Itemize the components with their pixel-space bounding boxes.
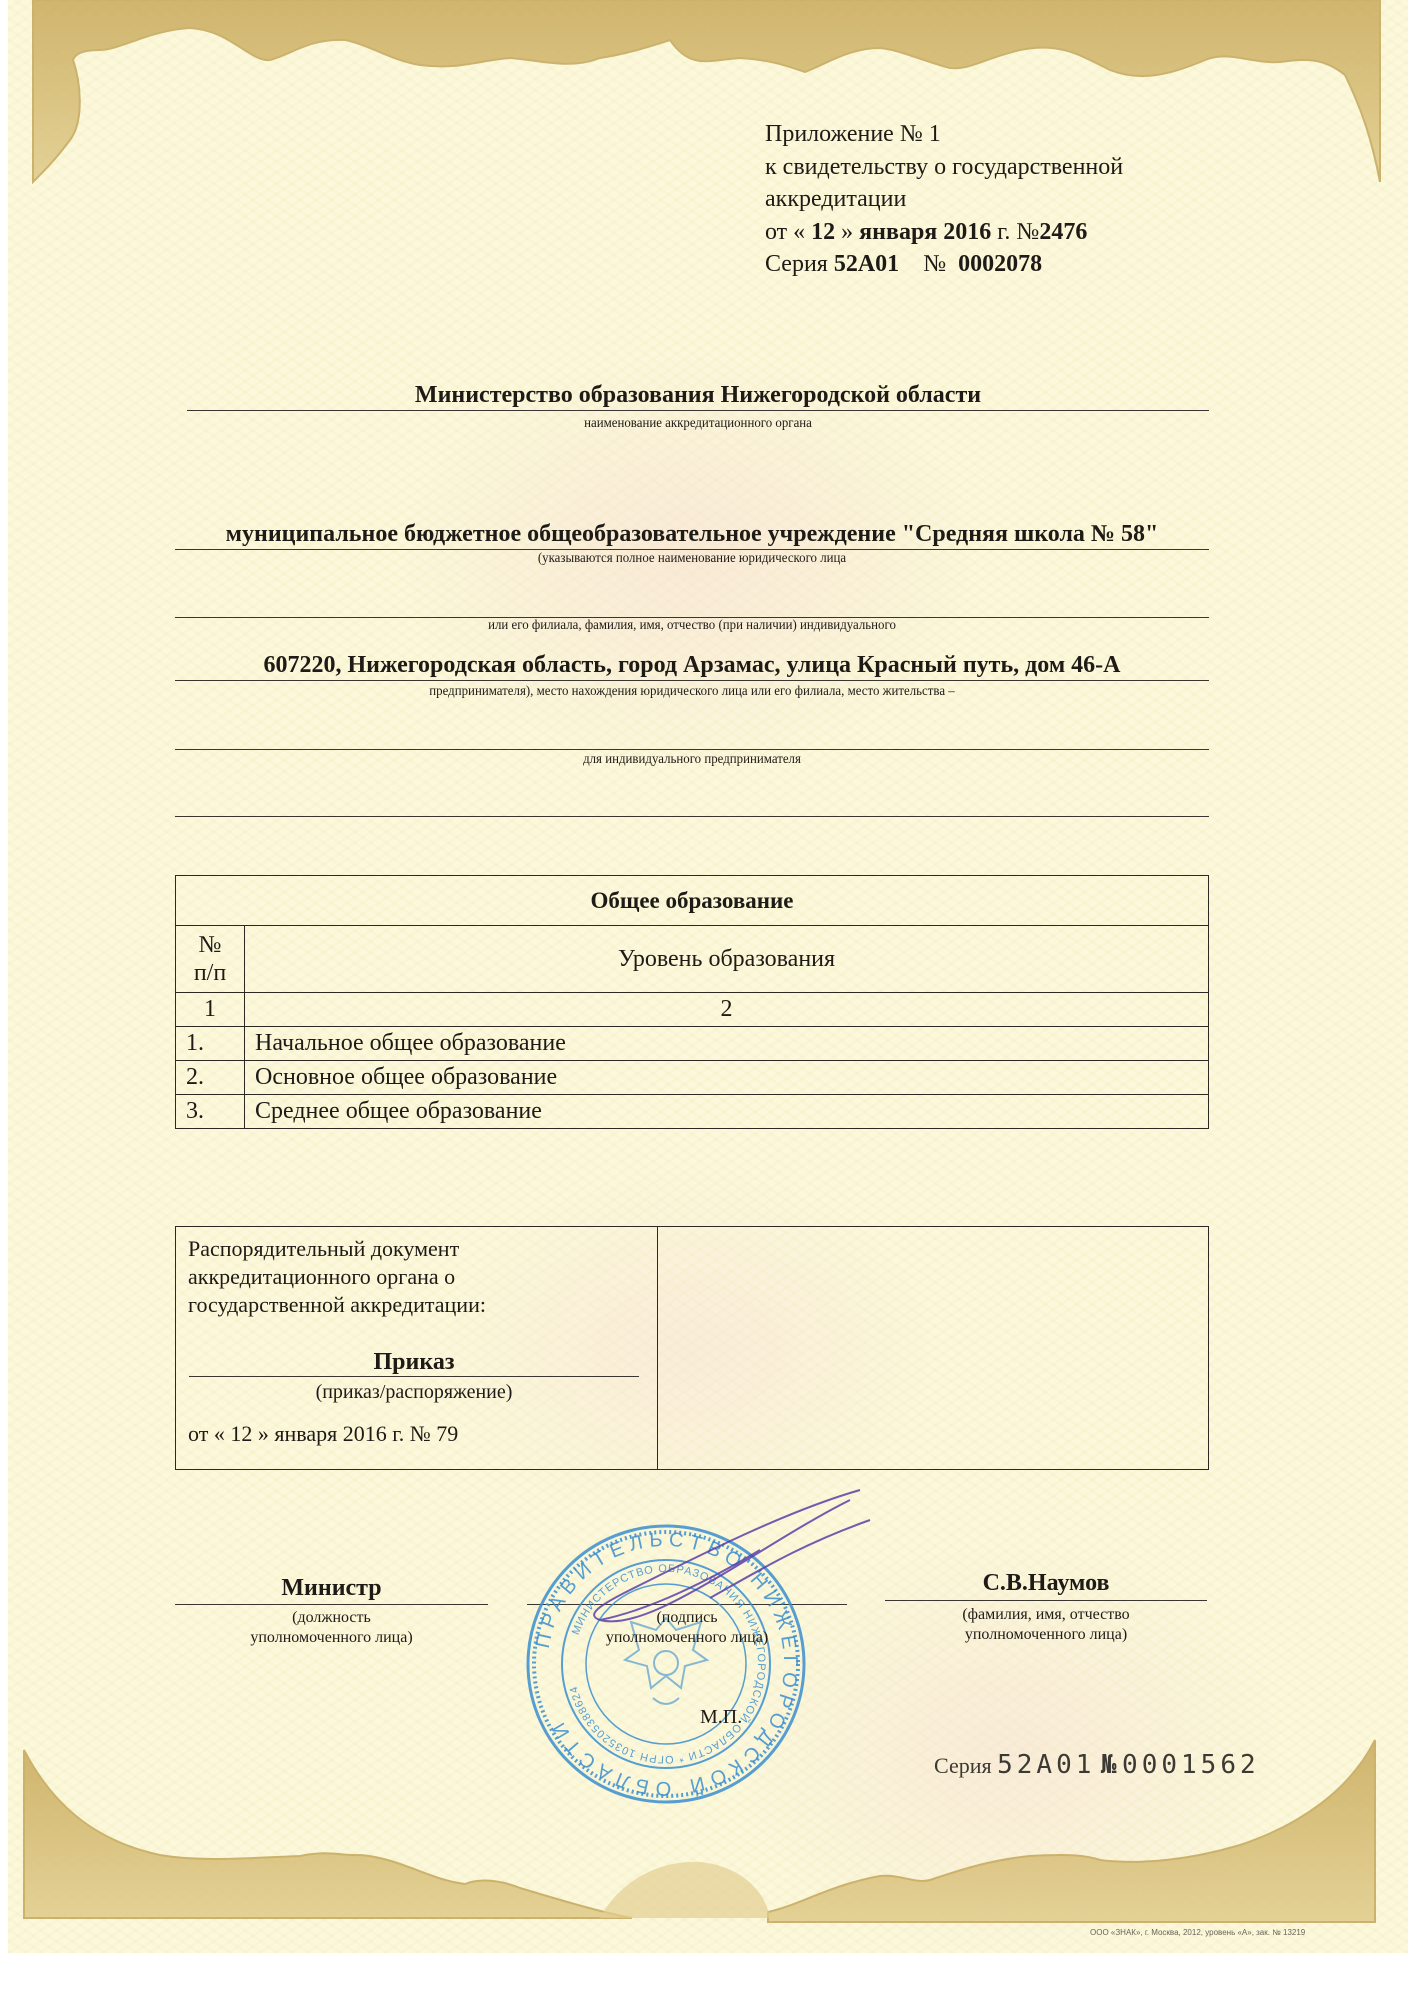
address-underline	[175, 680, 1209, 681]
name-caption: (фамилия, имя, отчество уполномоченного …	[885, 1605, 1207, 1645]
column-header-level: Уровень образования	[245, 926, 1209, 993]
row-number: 2.	[176, 1061, 245, 1095]
appendix-subtitle-line-2: аккредитации	[765, 183, 1123, 216]
signatory-position: Министр	[175, 1575, 488, 1602]
row-number: 1.	[176, 1027, 245, 1061]
order-date: от « 12 » января 2016 г. № 79	[188, 1421, 458, 1447]
organization-caption-1: (указываются полное наименование юридиче…	[216, 551, 1167, 567]
position-underline	[175, 1604, 488, 1605]
appendix-date: от « 12 » января 2016 г. №2476	[765, 216, 1123, 249]
appendix-series: Серия 52А01 № 0002078	[765, 248, 1123, 281]
table-row: 2. Основное общее образование	[176, 1061, 1209, 1095]
authority-name: Министерство образования Нижегородской о…	[187, 382, 1209, 409]
order-document-box: Распорядительный документ аккредитационн…	[175, 1226, 1209, 1470]
blank-line-3	[175, 816, 1209, 817]
seal-place-label: М.П.	[700, 1706, 742, 1728]
order-type-caption: (приказ/распоряжение)	[189, 1381, 639, 1404]
appendix-title: Приложение № 1	[765, 118, 1123, 151]
table-row: 1. Начальное общее образование	[176, 1027, 1209, 1061]
column-header-number: № п/п	[176, 926, 245, 993]
authority-underline	[187, 410, 1209, 411]
order-type: Приказ	[189, 1349, 639, 1376]
table-row: 3. Среднее общее образование	[176, 1095, 1209, 1129]
position-caption: (должность уполномоченного лица)	[175, 1608, 488, 1648]
row-level: Среднее общее образование	[245, 1095, 1209, 1129]
appendix-subtitle-line: к свидетельству о государственной	[765, 151, 1123, 184]
education-levels-table: Общее образование № п/п Уровень образова…	[175, 875, 1209, 1129]
signatory-name: С.В.Наумов	[885, 1570, 1207, 1597]
organization-underline	[175, 549, 1209, 550]
order-type-underline	[189, 1376, 639, 1377]
column-number-1: 1	[176, 993, 245, 1027]
row-level: Начальное общее образование	[245, 1027, 1209, 1061]
form-serial-number: Серия 52А01 № 0001562	[934, 1750, 1260, 1780]
row-number: 3.	[176, 1095, 245, 1129]
row-level: Основное общее образование	[245, 1061, 1209, 1095]
column-number-2: 2	[245, 993, 1209, 1027]
organization-caption-2: или его филиала, фамилия, имя, отчество …	[216, 618, 1167, 634]
organization-address: 607220, Нижегородская область, город Арз…	[175, 652, 1209, 679]
authority-caption: наименование аккредитационного органа	[228, 416, 1168, 432]
name-underline	[885, 1600, 1207, 1601]
organization-caption-4: для индивидуального предпринимателя	[216, 752, 1167, 768]
appendix-header: Приложение № 1 к свидетельству о государ…	[765, 118, 1123, 281]
order-box-divider	[657, 1227, 658, 1469]
blank-line-2	[175, 749, 1209, 750]
order-label: Распорядительный документ аккредитационн…	[188, 1235, 486, 1319]
printer-imprint: ООО «ЗНАК», г. Москва, 2012, уровень «А»…	[1090, 1928, 1305, 1937]
handwritten-signature	[560, 1480, 880, 1640]
organization-caption-3: предпринимателя), место нахождения юриди…	[216, 684, 1167, 700]
organization-name: муниципальное бюджетное общеобразователь…	[175, 521, 1209, 548]
table-title: Общее образование	[176, 876, 1209, 926]
